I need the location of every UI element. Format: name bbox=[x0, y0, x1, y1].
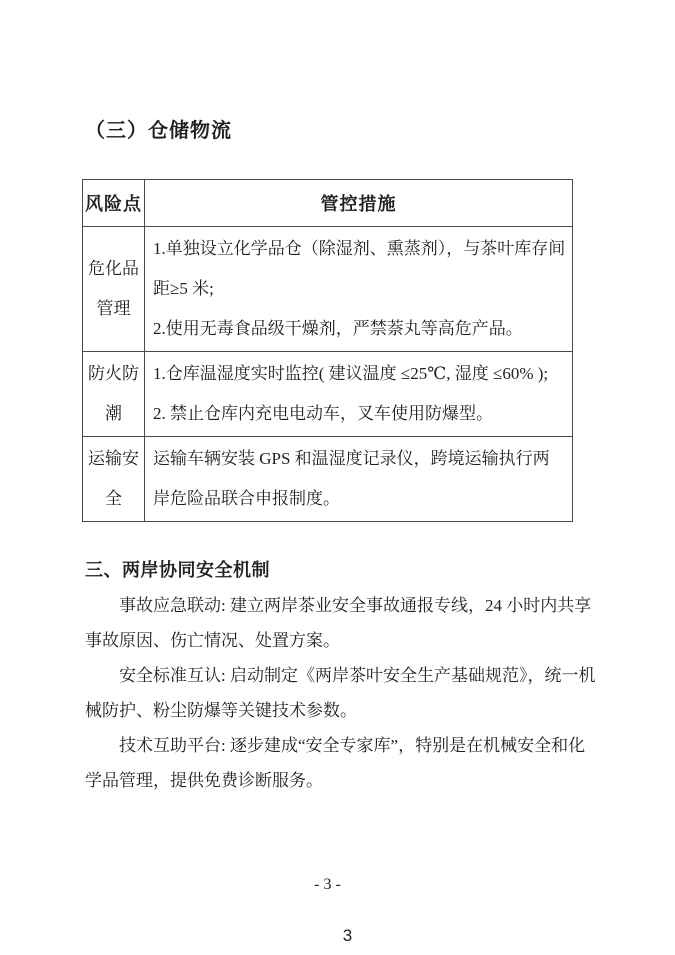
subsection-heading: （三）仓储物流 bbox=[85, 114, 232, 143]
measure-item: 运输车辆安装 GPS 和温湿度记录仪，跨境运输执行两岸危险品联合申报制度。 bbox=[153, 439, 566, 519]
risk-control-table: 风险点 管控措施 危化品管理 1.单独设立化学品仓（除湿剂、熏蒸剂），与茶叶库存… bbox=[82, 179, 573, 522]
table-header-row: 风险点 管控措施 bbox=[83, 180, 573, 227]
table-row: 防火防潮 1.仓库温湿度实时监控( 建议温度 ≤25℃, 湿度 ≤60% ); … bbox=[83, 352, 573, 437]
paragraph-standard-mutual-recognition: 安全标准互认: 启动制定《两岸茶叶安全生产基础规范》，统一机械防护、粉尘防爆等关… bbox=[85, 658, 597, 728]
paragraph-technical-platform: 技术互助平台: 逐步建成“安全专家库”，特别是在机械安全和化学品管理，提供免费诊… bbox=[85, 728, 597, 798]
column-header-control-measures: 管控措施 bbox=[145, 180, 573, 227]
section-heading: 三、两岸协同安全机制 bbox=[85, 552, 597, 588]
measure-item: 1.单独设立化学品仓（除湿剂、熏蒸剂），与茶叶库存间距≥5 米; bbox=[153, 229, 566, 309]
measures-cell: 1.仓库温湿度实时监控( 建议温度 ≤25℃, 湿度 ≤60% ); 2. 禁止… bbox=[145, 352, 573, 437]
table-row: 危化品管理 1.单独设立化学品仓（除湿剂、熏蒸剂），与茶叶库存间距≥5 米; 2… bbox=[83, 227, 573, 352]
page-number-label: - 3 - bbox=[0, 876, 655, 894]
table-row: 运输安全 运输车辆安装 GPS 和温湿度记录仪，跨境运输执行两岸危险品联合申报制… bbox=[83, 437, 573, 522]
document-page: （三）仓储物流 风险点 管控措施 危化品管理 1.单独设立化学品仓（除湿剂、熏蒸… bbox=[0, 0, 675, 955]
measures-cell: 运输车辆安装 GPS 和温湿度记录仪，跨境运输执行两岸危险品联合申报制度。 bbox=[145, 437, 573, 522]
risk-point-cell: 危化品管理 bbox=[83, 227, 145, 352]
page-number: 3 bbox=[10, 926, 675, 946]
risk-point-cell: 运输安全 bbox=[83, 437, 145, 522]
risk-point-cell: 防火防潮 bbox=[83, 352, 145, 437]
section-block: 三、两岸协同安全机制 事故应急联动: 建立两岸茶业安全事故通报专线，24 小时内… bbox=[85, 552, 597, 798]
measure-item: 2. 禁止仓库内充电电动车，叉车使用防爆型。 bbox=[153, 394, 566, 434]
measures-cell: 1.单独设立化学品仓（除湿剂、熏蒸剂），与茶叶库存间距≥5 米; 2.使用无毒食… bbox=[145, 227, 573, 352]
measure-item: 2.使用无毒食品级干燥剂，严禁萘丸等高危产品。 bbox=[153, 309, 566, 349]
column-header-risk-point: 风险点 bbox=[83, 180, 145, 227]
measure-item: 1.仓库温湿度实时监控( 建议温度 ≤25℃, 湿度 ≤60% ); bbox=[153, 354, 566, 394]
paragraph-emergency-linkage: 事故应急联动: 建立两岸茶业安全事故通报专线，24 小时内共享事故原因、伤亡情况… bbox=[85, 588, 597, 658]
